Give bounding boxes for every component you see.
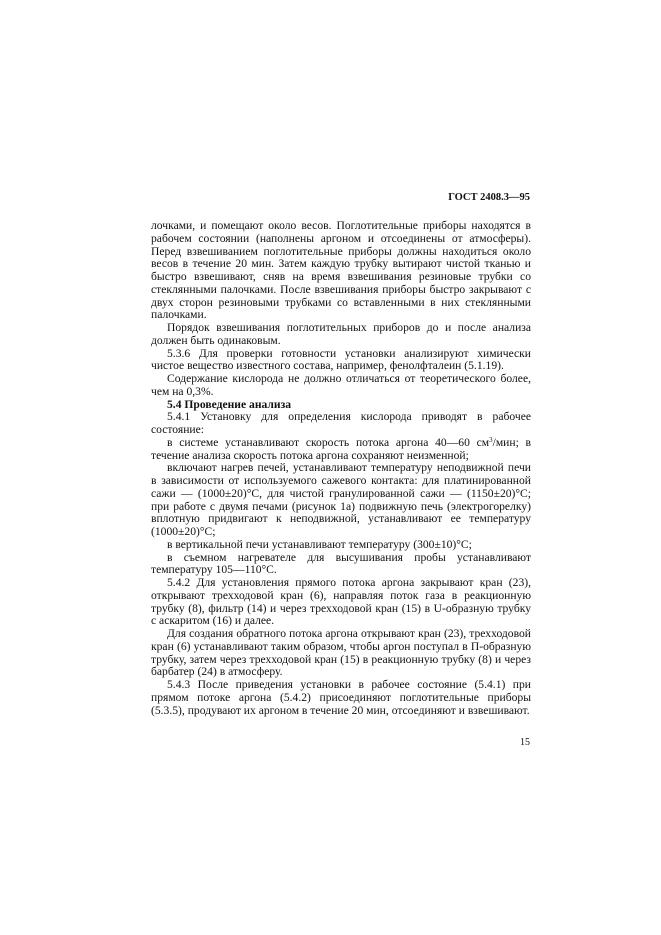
paragraph-5-3-6: 5.3.6 Для проверки готовности установки … xyxy=(151,348,531,374)
paragraph-5-4-3: 5.4.3 После приведения установки в рабоч… xyxy=(151,679,531,717)
argon-flow-text-before: в системе устанавливают скорость потока … xyxy=(167,436,489,449)
paragraph-5-4-1: 5.4.1 Установку для определения кислород… xyxy=(151,411,531,437)
paragraph-furnace-heating: включают нагрев печей, устанавливают тем… xyxy=(151,462,531,539)
paragraph-vertical-furnace: в вертикальной печи устанавливают темпер… xyxy=(151,539,531,552)
paragraph-oxygen-content: Содержание кислорода не должно отличатьс… xyxy=(151,373,531,399)
page-number: 15 xyxy=(500,737,530,748)
paragraph-weighing-order: Порядок взвешивания поглотительных прибо… xyxy=(151,322,531,348)
paragraph-5-4-2: 5.4.2 Для установления прямого потока ар… xyxy=(151,577,531,628)
paragraph-weighing-procedure: лочками, и помещают около весов. Поглоти… xyxy=(151,220,531,322)
paragraph-argon-flow-rate: в системе устанавливают скорость потока … xyxy=(151,437,531,463)
document-standard-code: ГОСТ 2408.3—95 xyxy=(440,192,530,203)
paragraph-removable-heater: в съемном нагревателе для высушивания пр… xyxy=(151,552,531,578)
paragraph-reverse-flow: Для создания обратного потока аргона отк… xyxy=(151,628,531,679)
document-body: лочками, и помещают около весов. Поглоти… xyxy=(151,220,531,717)
